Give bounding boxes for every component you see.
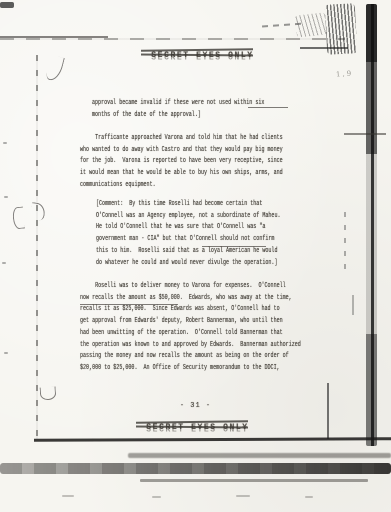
handwritten-pen-mark [12, 206, 25, 229]
scan-artifact-margin-dashes [352, 295, 354, 315]
scan-artifact-bottom-smudge-band [0, 463, 391, 474]
handwritten-pen-mark [40, 386, 57, 400]
scan-artifact-scribble [262, 23, 304, 28]
paragraph-approval-continuation: approval became invalid if these were no… [92, 98, 264, 121]
scanned-document-page: 1,9 SECRET EYES ONLY approval became inv… [0, 0, 391, 512]
scan-artifact-speck [4, 352, 8, 354]
scan-artifact-corner-mark [0, 2, 14, 8]
scan-artifact-vertical-line [327, 383, 329, 439]
scan-artifact-bottom-edge-line [34, 437, 391, 442]
scan-artifact-speck [3, 142, 7, 144]
scan-artifact-speck [236, 495, 250, 497]
scan-artifact-speck [62, 495, 74, 497]
classification-stamp-bottom: SECRET EYES ONLY [138, 416, 258, 434]
scan-artifact-dark-dash [300, 47, 348, 49]
scan-artifact-dash [344, 133, 386, 135]
scan-artifact-speck [4, 196, 8, 198]
scan-artifact-bottom-smudge [140, 479, 368, 482]
scan-artifact-top-right-noise [295, 12, 327, 37]
paragraph-trafficante-varona: Trafficante approached Varona and told h… [80, 133, 283, 192]
handwritten-pen-mark [30, 202, 46, 221]
scan-artifact-right-edge-bar [366, 4, 377, 446]
scan-artifact-speck [152, 496, 161, 498]
paragraph-comment-roselli: [Comment: By this time Roselli had becom… [96, 199, 281, 269]
scan-artifact-top-dashed-line [0, 38, 345, 40]
scan-artifact-bottom-smudge [128, 453, 391, 458]
scan-artifact-right-edge-line [371, 4, 374, 446]
page-number: - 31 - [180, 402, 211, 410]
paragraph-roselli-money: Roselli was to deliver money to Varona f… [80, 281, 301, 375]
scan-artifact-speck [305, 496, 313, 498]
handwritten-numerals: 1,9 [336, 69, 354, 78]
scan-artifact-top-line-left [0, 36, 108, 38]
scan-artifact-top-right-noise [325, 3, 358, 55]
scan-artifact-margin-dashes [344, 212, 346, 270]
handwritten-pen-mark [45, 55, 65, 83]
scan-artifact-left-paper-edge [36, 55, 38, 439]
scan-artifact-speck [2, 262, 6, 264]
classification-stamp-top: SECRET EYES ONLY [143, 44, 263, 62]
